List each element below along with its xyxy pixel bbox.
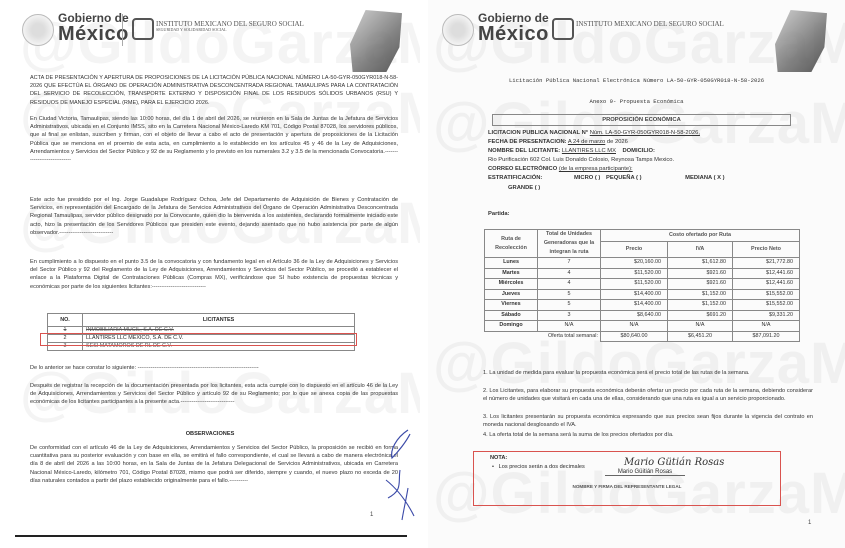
table-row: Lunes7$20,160.00$1,612.80$21,772.80 (485, 258, 800, 269)
paragraph-opening: En Ciudad Victoria, Tamaulipas, siendo l… (30, 115, 398, 164)
page-number: 1 (808, 520, 811, 526)
mexico-seal-icon (22, 14, 54, 46)
institute-name: INSTITUTO MEXICANO DEL SEGURO SOCIAL (576, 20, 724, 28)
total-row: Oferta total semanal: $80,640.00 $6,451.… (485, 331, 800, 342)
paragraph-compliance: En cumplimiento a lo dispuesto en el pun… (30, 258, 398, 291)
paragraph-registration: Después de registrar la recepción de la … (30, 382, 398, 407)
note-item: 2. Los Licitantes, para elaborar su prop… (483, 388, 813, 404)
paragraph-record: De lo anterior se hace constar lo siguie… (30, 364, 398, 372)
page-bottom-rule (15, 535, 407, 537)
signature-scribble-icon (378, 428, 418, 523)
annex-title: Anexo 9- Propuesta Económica (428, 98, 845, 105)
paragraph-presided: Este acto fue presidido por el Ing. Jorg… (30, 196, 398, 237)
signature-caption: NOMBRE Y FIRMA DEL REPRESENTANTE LEGAL (474, 484, 780, 489)
note-item: 1. La unidad de medida para evaluar la p… (483, 370, 813, 378)
note-item: 3. Los licitantes presentarán su propues… (483, 414, 813, 430)
field-correo: CORREO ELECTRÓNICO (de la empresa partic… (488, 166, 633, 172)
table-row: Jueves5$14,400.00$1,152.00$15,552.00 (485, 289, 800, 300)
licitacion-title: Licitación Pública Nacional Electrónica … (428, 77, 845, 84)
field-licitacion: LICITACION PUBLICA NACIONAL N° Núm. LA-5… (488, 130, 700, 136)
imss-logo-icon (552, 18, 574, 40)
table-row: Sábado3$8,640.00$691.20$9,331.20 (485, 310, 800, 321)
nota-highlight-box: NOTA: • Los precios serán a dos decimale… (473, 451, 781, 506)
imss-logo-icon (132, 18, 154, 40)
left-document-page: @GildoGarzaMx @GildoGarzaMx @GildoGarzaM… (0, 0, 420, 548)
flag-emblem-icon (350, 10, 402, 72)
nota-bullet: • Los precios serán a dos decimales (492, 464, 585, 470)
document-header: Gobierno de México INSTITUTO MEXICANO DE… (22, 8, 410, 68)
note-item: 4. La oferta total de la semana será la … (483, 432, 813, 440)
document-header: Gobierno de México INSTITUTO MEXICANO DE… (442, 8, 835, 68)
field-licitante: NOMBRE DEL LICITANTE: LLANTIRES LLC MX D… (488, 148, 655, 154)
logo-divider (122, 14, 123, 46)
gobierno-logo: Gobierno de México (478, 12, 549, 44)
highlight-box (40, 333, 357, 346)
handwritten-signature: Mario Gütián Rosas (624, 457, 724, 468)
table-row: Martes4$11,520.00$921.60$12,441.60 (485, 268, 800, 279)
table-row: DomingoN/AN/AN/AN/A (485, 321, 800, 332)
page-number: 1 (370, 512, 373, 518)
institute-name: INSTITUTO MEXICANO DEL SEGURO SOCIAL SEG… (156, 20, 304, 33)
paragraph-observations: De conformidad con el artículo 46 de la … (30, 444, 398, 485)
field-estratificacion: ESTRATIFICACIÓN: MICRO ( ) PEQUEÑA ( ) M… (488, 175, 725, 181)
field-fecha: FECHA DE PRESENTACION: A 24 de marzo de … (488, 139, 628, 145)
table-row: Viernes5$14,400.00$1,152.00$15,552.00 (485, 300, 800, 311)
partida-label: Partida: (488, 211, 510, 217)
gobierno-logo: Gobierno de México (58, 12, 129, 44)
field-grande: GRANDE ( ) (508, 185, 540, 191)
table-row: Miércoles4$11,520.00$921.60$12,441.60 (485, 279, 800, 290)
routes-cost-table: Ruta de Recolección Total de Unidades Ge… (484, 229, 800, 342)
field-domicilio: Rio Purificación 602 Col. Luis Donaldo C… (488, 157, 674, 163)
observations-title: OBSERVACIONES (0, 431, 420, 437)
mexico-seal-icon (442, 14, 474, 46)
representative-name: Mario Güitián Rosas (605, 469, 685, 476)
acta-title: ACTA DE PRESENTACIÓN Y APERTURA DE PROPO… (30, 74, 398, 107)
flag-emblem-icon (775, 10, 827, 72)
section-title: PROPOSICIÓN ECONÓMICA (492, 114, 791, 126)
